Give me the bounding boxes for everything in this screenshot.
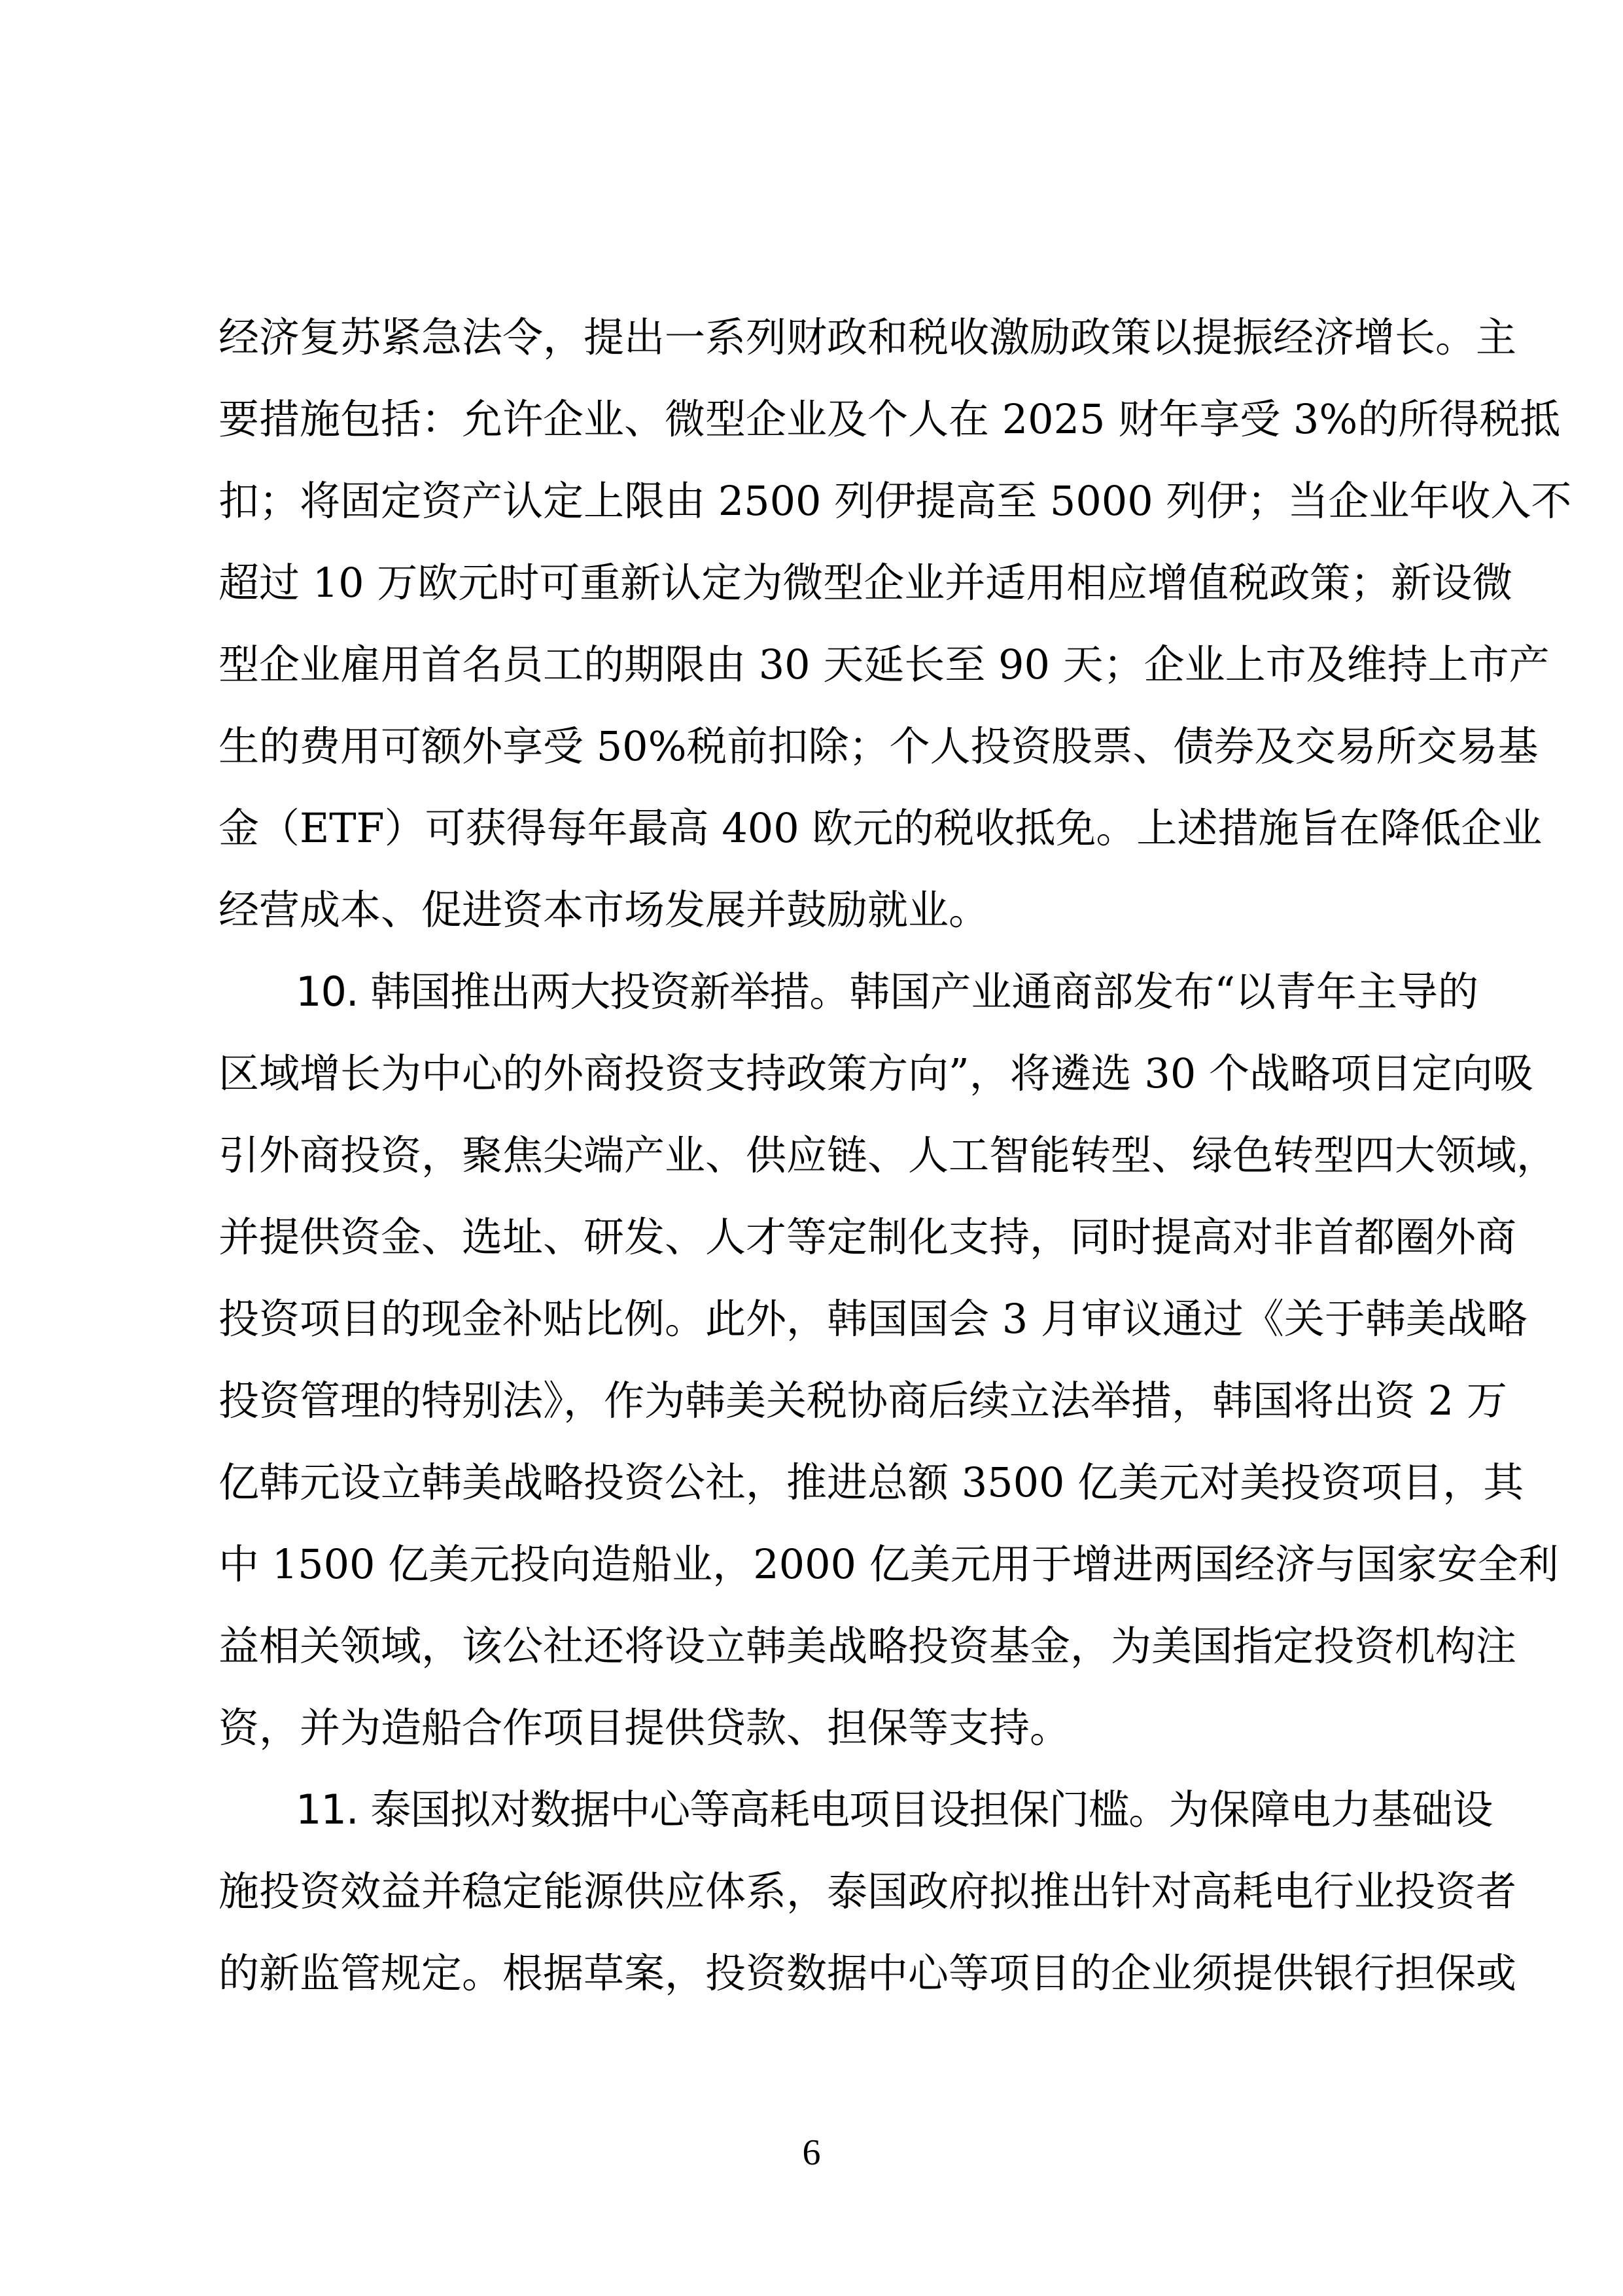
text-line: 并提供资金、选址、研发、人才等定制化支持，同时提高对非首都圈外商: [218, 1210, 1422, 1292]
text-line: 经济复苏紧急法令，提出一系列财政和税收激励政策以提振经济增长。主: [218, 310, 1422, 392]
text-span: 为保障电力基础设: [1168, 1786, 1493, 1833]
text-line-first: 11. 泰国拟对数据中心等高耗电项目设担保门槛。为保障电力基础设: [218, 1782, 1422, 1864]
text-line: 区域增长为中心的外商投资支持政策方向”，将遴选 30 个战略项目定向吸: [218, 1046, 1422, 1128]
item-heading: 11. 泰国拟对数据中心等高耗电项目设担保门槛。: [296, 1786, 1168, 1833]
text-line: 生的费用可额外享受 50%税前扣除；个人投资股票、债券及交易所交易基: [218, 719, 1422, 801]
document-page: 经济复苏紧急法令，提出一系列财政和税收激励政策以提振经济增长。主 要措施包括：允…: [0, 0, 1623, 2296]
text-line: 投资管理的特别法》，作为韩美关税协商后续立法举措，韩国将出资 2 万: [218, 1373, 1422, 1455]
text-span: 韩国产业通商部发布“以青年主导的: [849, 968, 1478, 1016]
text-line: 超过 10 万欧元时可重新认定为微型企业并适用相应增值税政策；新设微: [218, 556, 1422, 637]
paragraph-item-10-korea: 10. 韩国推出两大投资新举措。韩国产业通商部发布“以青年主导的 区域增长为中心…: [218, 964, 1422, 1782]
text-line-first: 10. 韩国推出两大投资新举措。韩国产业通商部发布“以青年主导的: [218, 964, 1422, 1046]
text-line: 亿韩元设立韩美战略投资公社，推进总额 3500 亿美元对美投资项目，其: [218, 1455, 1422, 1537]
text-line: 施投资效益并稳定能源供应体系，泰国政府拟推出针对高耗电行业投资者: [218, 1864, 1422, 1946]
text-line: 中 1500 亿美元投向造船业，2000 亿美元用于增进两国经济与国家安全利: [218, 1537, 1422, 1619]
body-text: 经济复苏紧急法令，提出一系列财政和税收激励政策以提振经济增长。主 要措施包括：允…: [218, 310, 1422, 2028]
page-number: 6: [0, 2132, 1623, 2174]
text-line: 型企业雇用首名员工的期限由 30 天延长至 90 天；企业上市及维持上市产: [218, 637, 1422, 719]
text-line: 经营成本、促进资本市场发展并鼓励就业。: [218, 883, 1422, 964]
text-line: 要措施包括：允许企业、微型企业及个人在 2025 财年享受 3%的所得税抵: [218, 392, 1422, 474]
paragraph-romania-tax-measures: 经济复苏紧急法令，提出一系列财政和税收激励政策以提振经济增长。主 要措施包括：允…: [218, 310, 1422, 964]
text-line: 金（ETF）可获得每年最高 400 欧元的税收抵免。上述措施旨在降低企业: [218, 801, 1422, 883]
text-line: 引外商投资，聚焦尖端产业、供应链、人工智能转型、绿色转型四大领域，: [218, 1128, 1422, 1210]
paragraph-item-11-thailand: 11. 泰国拟对数据中心等高耗电项目设担保门槛。为保障电力基础设 施投资效益并稳…: [218, 1782, 1422, 2028]
text-line: 投资项目的现金补贴比例。此外，韩国国会 3 月审议通过《关于韩美战略: [218, 1292, 1422, 1373]
text-line: 资，并为造船合作项目提供贷款、担保等支持。: [218, 1701, 1422, 1782]
text-line: 扣；将固定资产认定上限由 2500 列伊提高至 5000 列伊；当企业年收入不: [218, 474, 1422, 556]
text-line: 的新监管规定。根据草案，投资数据中心等项目的企业须提供银行担保或: [218, 1946, 1422, 2028]
item-heading: 10. 韩国推出两大投资新举措。: [296, 968, 849, 1016]
text-line: 益相关领域，该公社还将设立韩美战略投资基金，为美国指定投资机构注: [218, 1619, 1422, 1701]
